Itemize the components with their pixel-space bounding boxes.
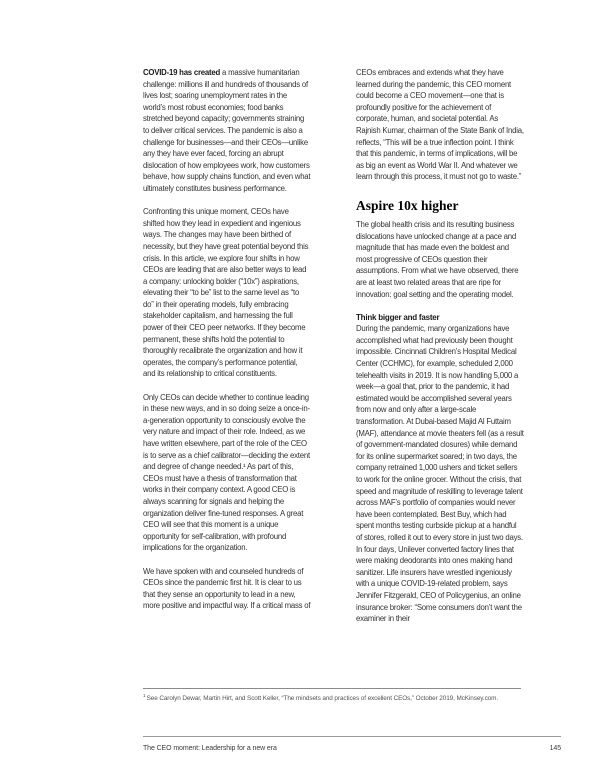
paragraph: COVID-19 has created a massive humanitar… — [143, 67, 311, 195]
paragraph: We have spoken with and counseled hundre… — [143, 566, 311, 612]
footnote-text: See Carolyn Dewar, Martin Hirt, and Scot… — [147, 695, 498, 702]
footnote-marker: 1 — [143, 694, 146, 699]
page-number: 145 — [550, 745, 561, 752]
paragraph: During the pandemic, many organizations … — [356, 323, 524, 624]
article-body: COVID-19 has created a massive humanitar… — [143, 67, 524, 636]
page-footer: The CEO moment: Leadership for a new era… — [143, 736, 561, 752]
lead-in-text: COVID-19 has created — [143, 68, 220, 77]
paragraph: CEOs embraces and extends what they have… — [356, 67, 524, 183]
left-column: COVID-19 has created a massive humanitar… — [143, 67, 311, 636]
section-heading: Aspire 10x higher — [356, 198, 524, 213]
paragraph: The global health crisis and its resulti… — [356, 219, 524, 300]
right-column: CEOs embraces and extends what they have… — [356, 67, 524, 636]
paragraph-text: a massive humanitarian challenge: millio… — [143, 68, 310, 193]
document-page: COVID-19 has created a massive humanitar… — [0, 0, 600, 776]
running-title: The CEO moment: Leadership for a new era — [143, 745, 277, 752]
subsection-heading: Think bigger and faster — [356, 312, 524, 324]
paragraph: Only CEOs can decide whether to continue… — [143, 392, 311, 554]
paragraph: Confronting this unique moment, CEOs hav… — [143, 206, 311, 380]
footnote: 1See Carolyn Dewar, Martin Hirt, and Sco… — [143, 688, 521, 704]
